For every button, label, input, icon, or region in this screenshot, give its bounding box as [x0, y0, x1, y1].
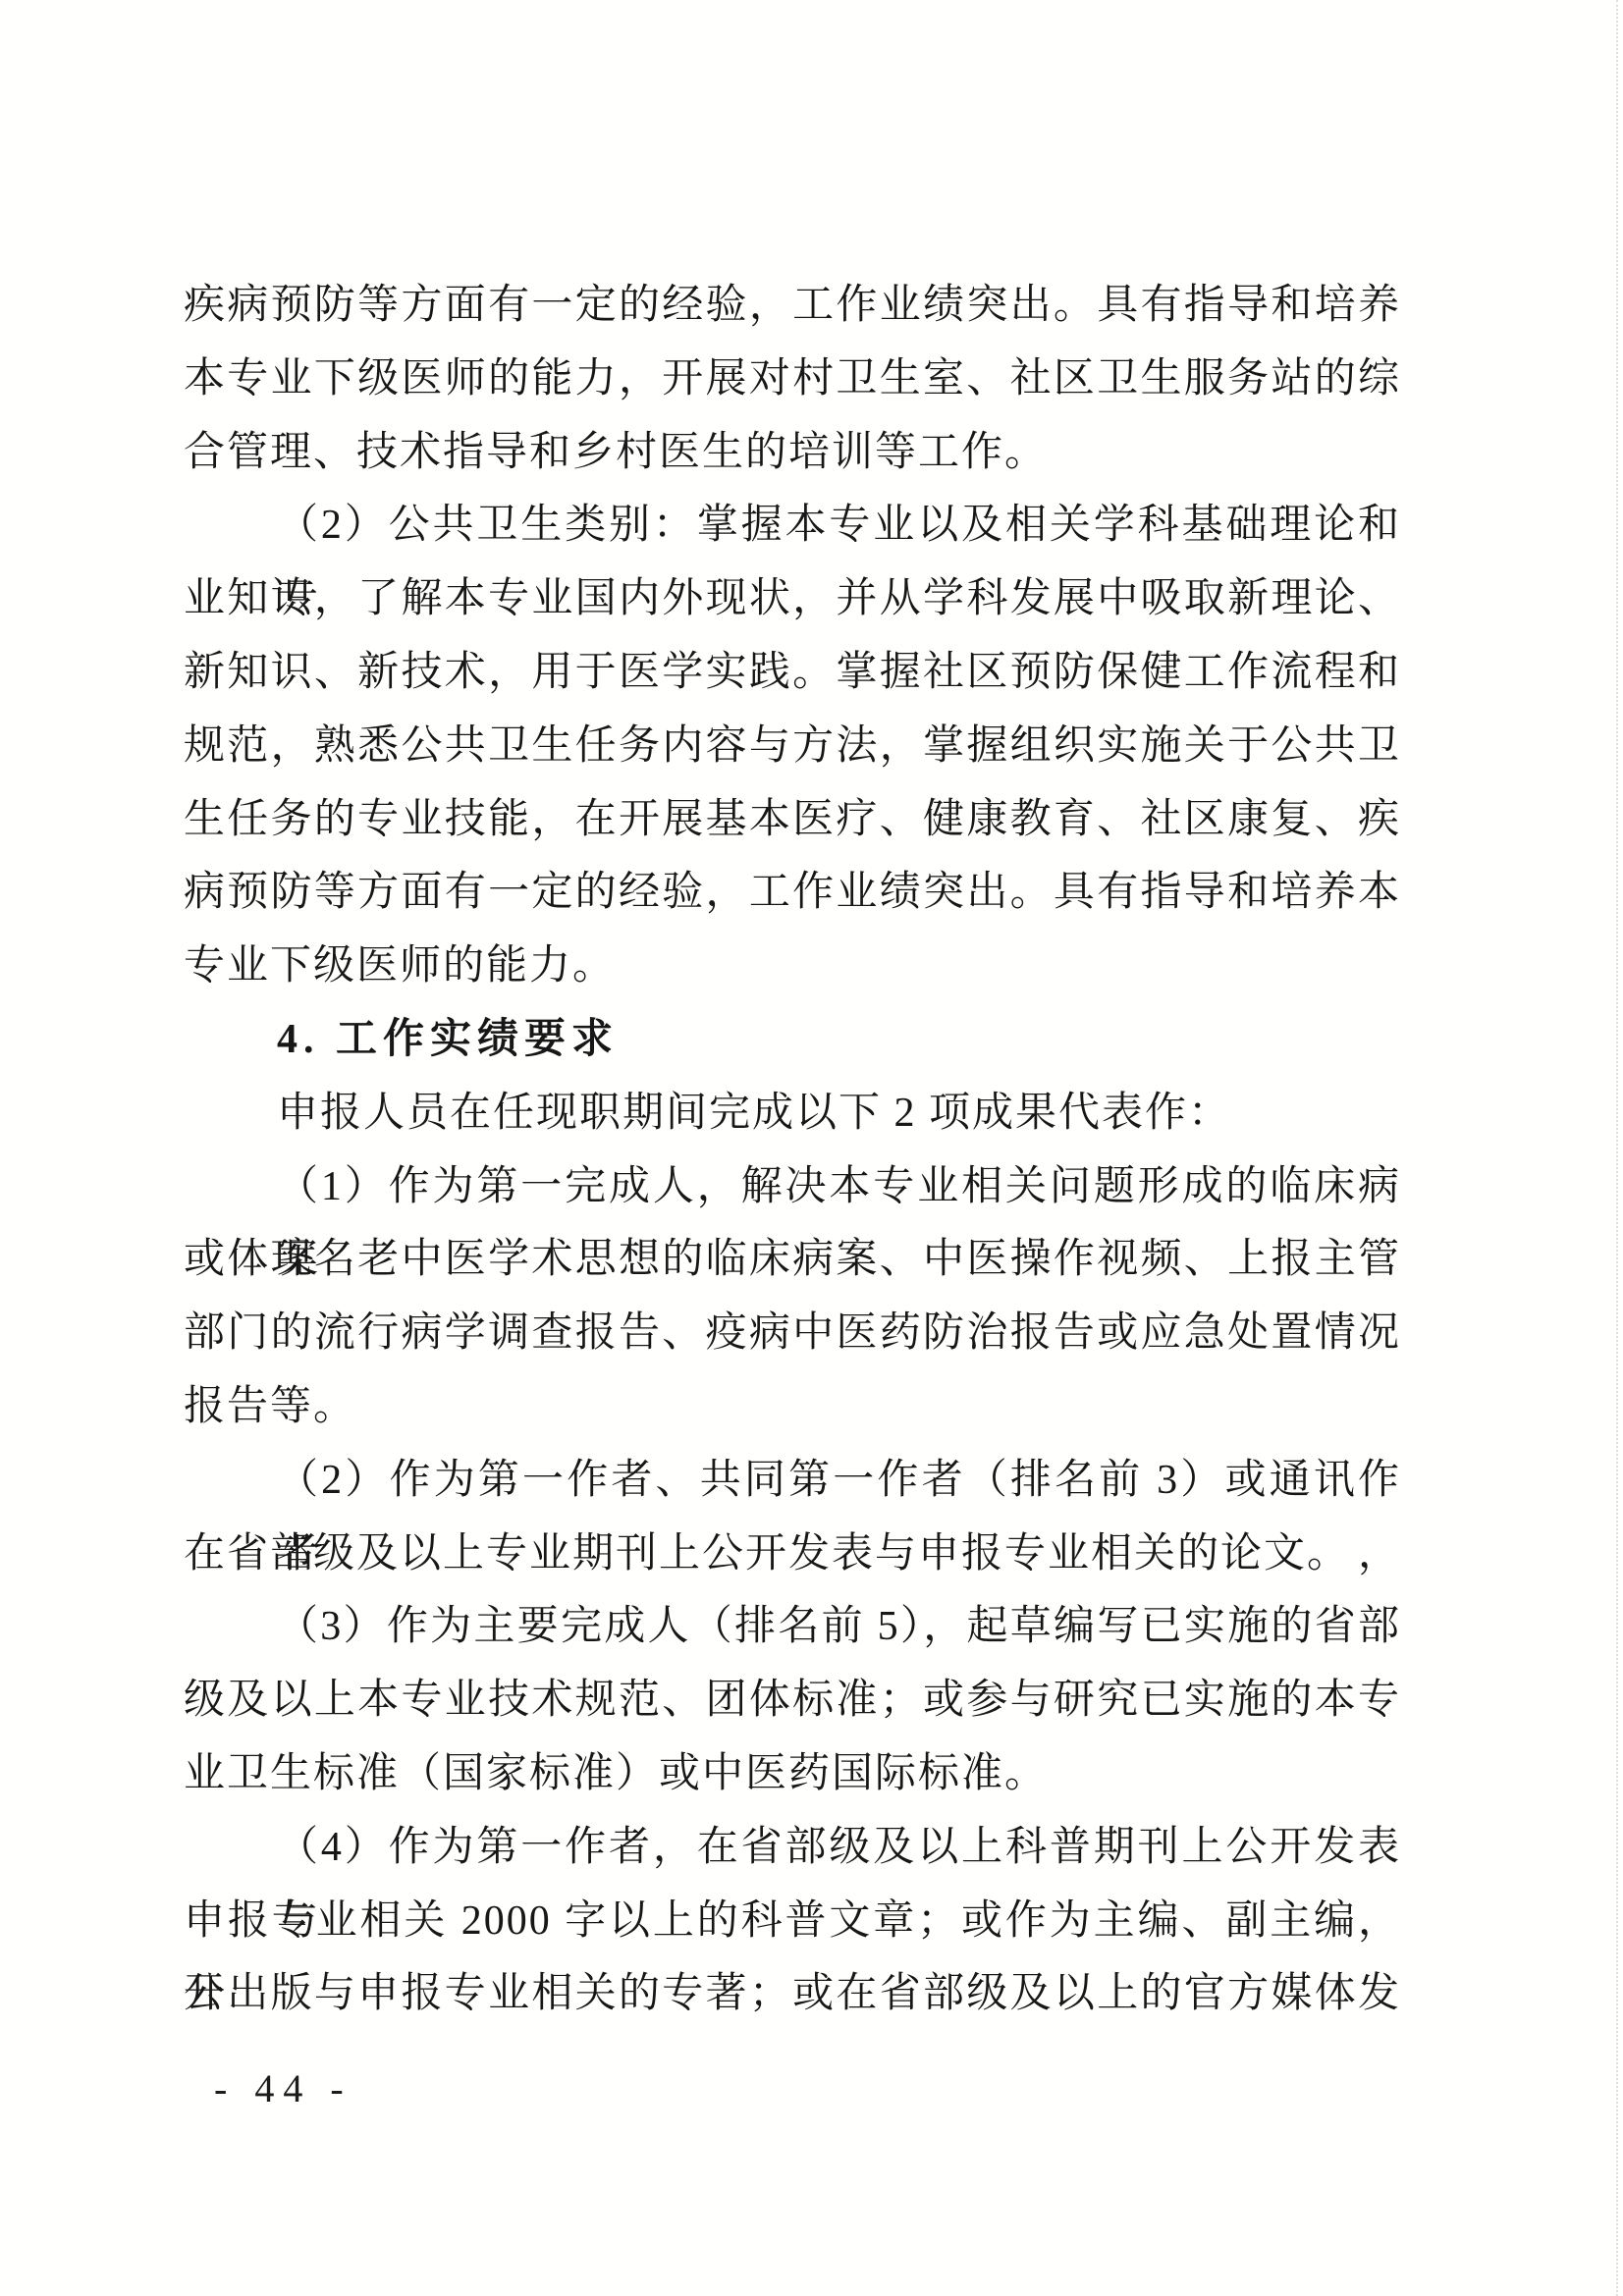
text-line: 开出版与申报专业相关的专著；或在省部级及以上的官方媒体发 — [184, 1957, 1401, 2031]
text-line: 级及以上本专业技术规范、团体标准；或参与研究已实施的本专 — [184, 1664, 1401, 1737]
text-line: 业知识，了解本专业国内外现状，并从学科发展中吸取新理论、 — [184, 562, 1401, 636]
text-line: 合管理、技术指导和乡村医生的培训等工作。 — [184, 416, 1401, 490]
text-line: 部门的流行病学调查报告、疫病中医药防治报告或应急处置情况 — [184, 1297, 1401, 1370]
text-line: 报告等。 — [184, 1370, 1401, 1444]
section-heading: 4. 工作实绩要求 — [184, 1003, 1401, 1077]
text-line: （2）作为第一作者、共同第一作者（排名前 3）或通讯作者， — [184, 1444, 1401, 1518]
scan-edge-artifact — [1616, 0, 1618, 2296]
text-line: 在省部级及以上专业期刊上公开发表与申报专业相关的论文。 — [184, 1518, 1401, 1591]
text-line: 新知识、新技术，用于医学实践。掌握社区预防保健工作流程和 — [184, 636, 1401, 710]
page-number: - 44 - — [214, 2059, 352, 2118]
text-line: 本专业下级医师的能力，开展对村卫生室、社区卫生服务站的综 — [184, 343, 1401, 416]
text-line: （4）作为第一作者，在省部级及以上科普期刊上公开发表与 — [184, 1811, 1401, 1885]
text-line: 规范，熟悉公共卫生任务内容与方法，掌握组织实施关于公共卫 — [184, 710, 1401, 783]
text-line: 病预防等方面有一定的经验，工作业绩突出。具有指导和培养本 — [184, 856, 1401, 930]
document-page: 疾病预防等方面有一定的经验，工作业绩突出。具有指导和培养 本专业下级医师的能力，… — [0, 0, 1623, 2296]
text-line: （1）作为第一完成人，解决本专业相关问题形成的临床病案 — [184, 1150, 1401, 1224]
document-body: 疾病预防等方面有一定的经验，工作业绩突出。具有指导和培养 本专业下级医师的能力，… — [184, 269, 1401, 2031]
text-line: 生任务的专业技能，在开展基本医疗、健康教育、社区康复、疾 — [184, 783, 1401, 857]
text-line: 专业下级医师的能力。 — [184, 930, 1401, 1003]
text-line: 或体现名老中医学术思想的临床病案、中医操作视频、上报主管 — [184, 1223, 1401, 1297]
text-line: 申报人员在任现职期间完成以下 2 项成果代表作： — [184, 1077, 1401, 1150]
text-line: 疾病预防等方面有一定的经验，工作业绩突出。具有指导和培养 — [184, 269, 1401, 343]
text-line: （2）公共卫生类别：掌握本专业以及相关学科基础理论和专 — [184, 489, 1401, 562]
text-line: 申报专业相关 2000 字以上的科普文章；或作为主编、副主编，公 — [184, 1885, 1401, 1958]
text-line: 业卫生标准（国家标准）或中医药国际标准。 — [184, 1737, 1401, 1811]
text-line: （3）作为主要完成人（排名前 5），起草编写已实施的省部 — [184, 1590, 1401, 1664]
